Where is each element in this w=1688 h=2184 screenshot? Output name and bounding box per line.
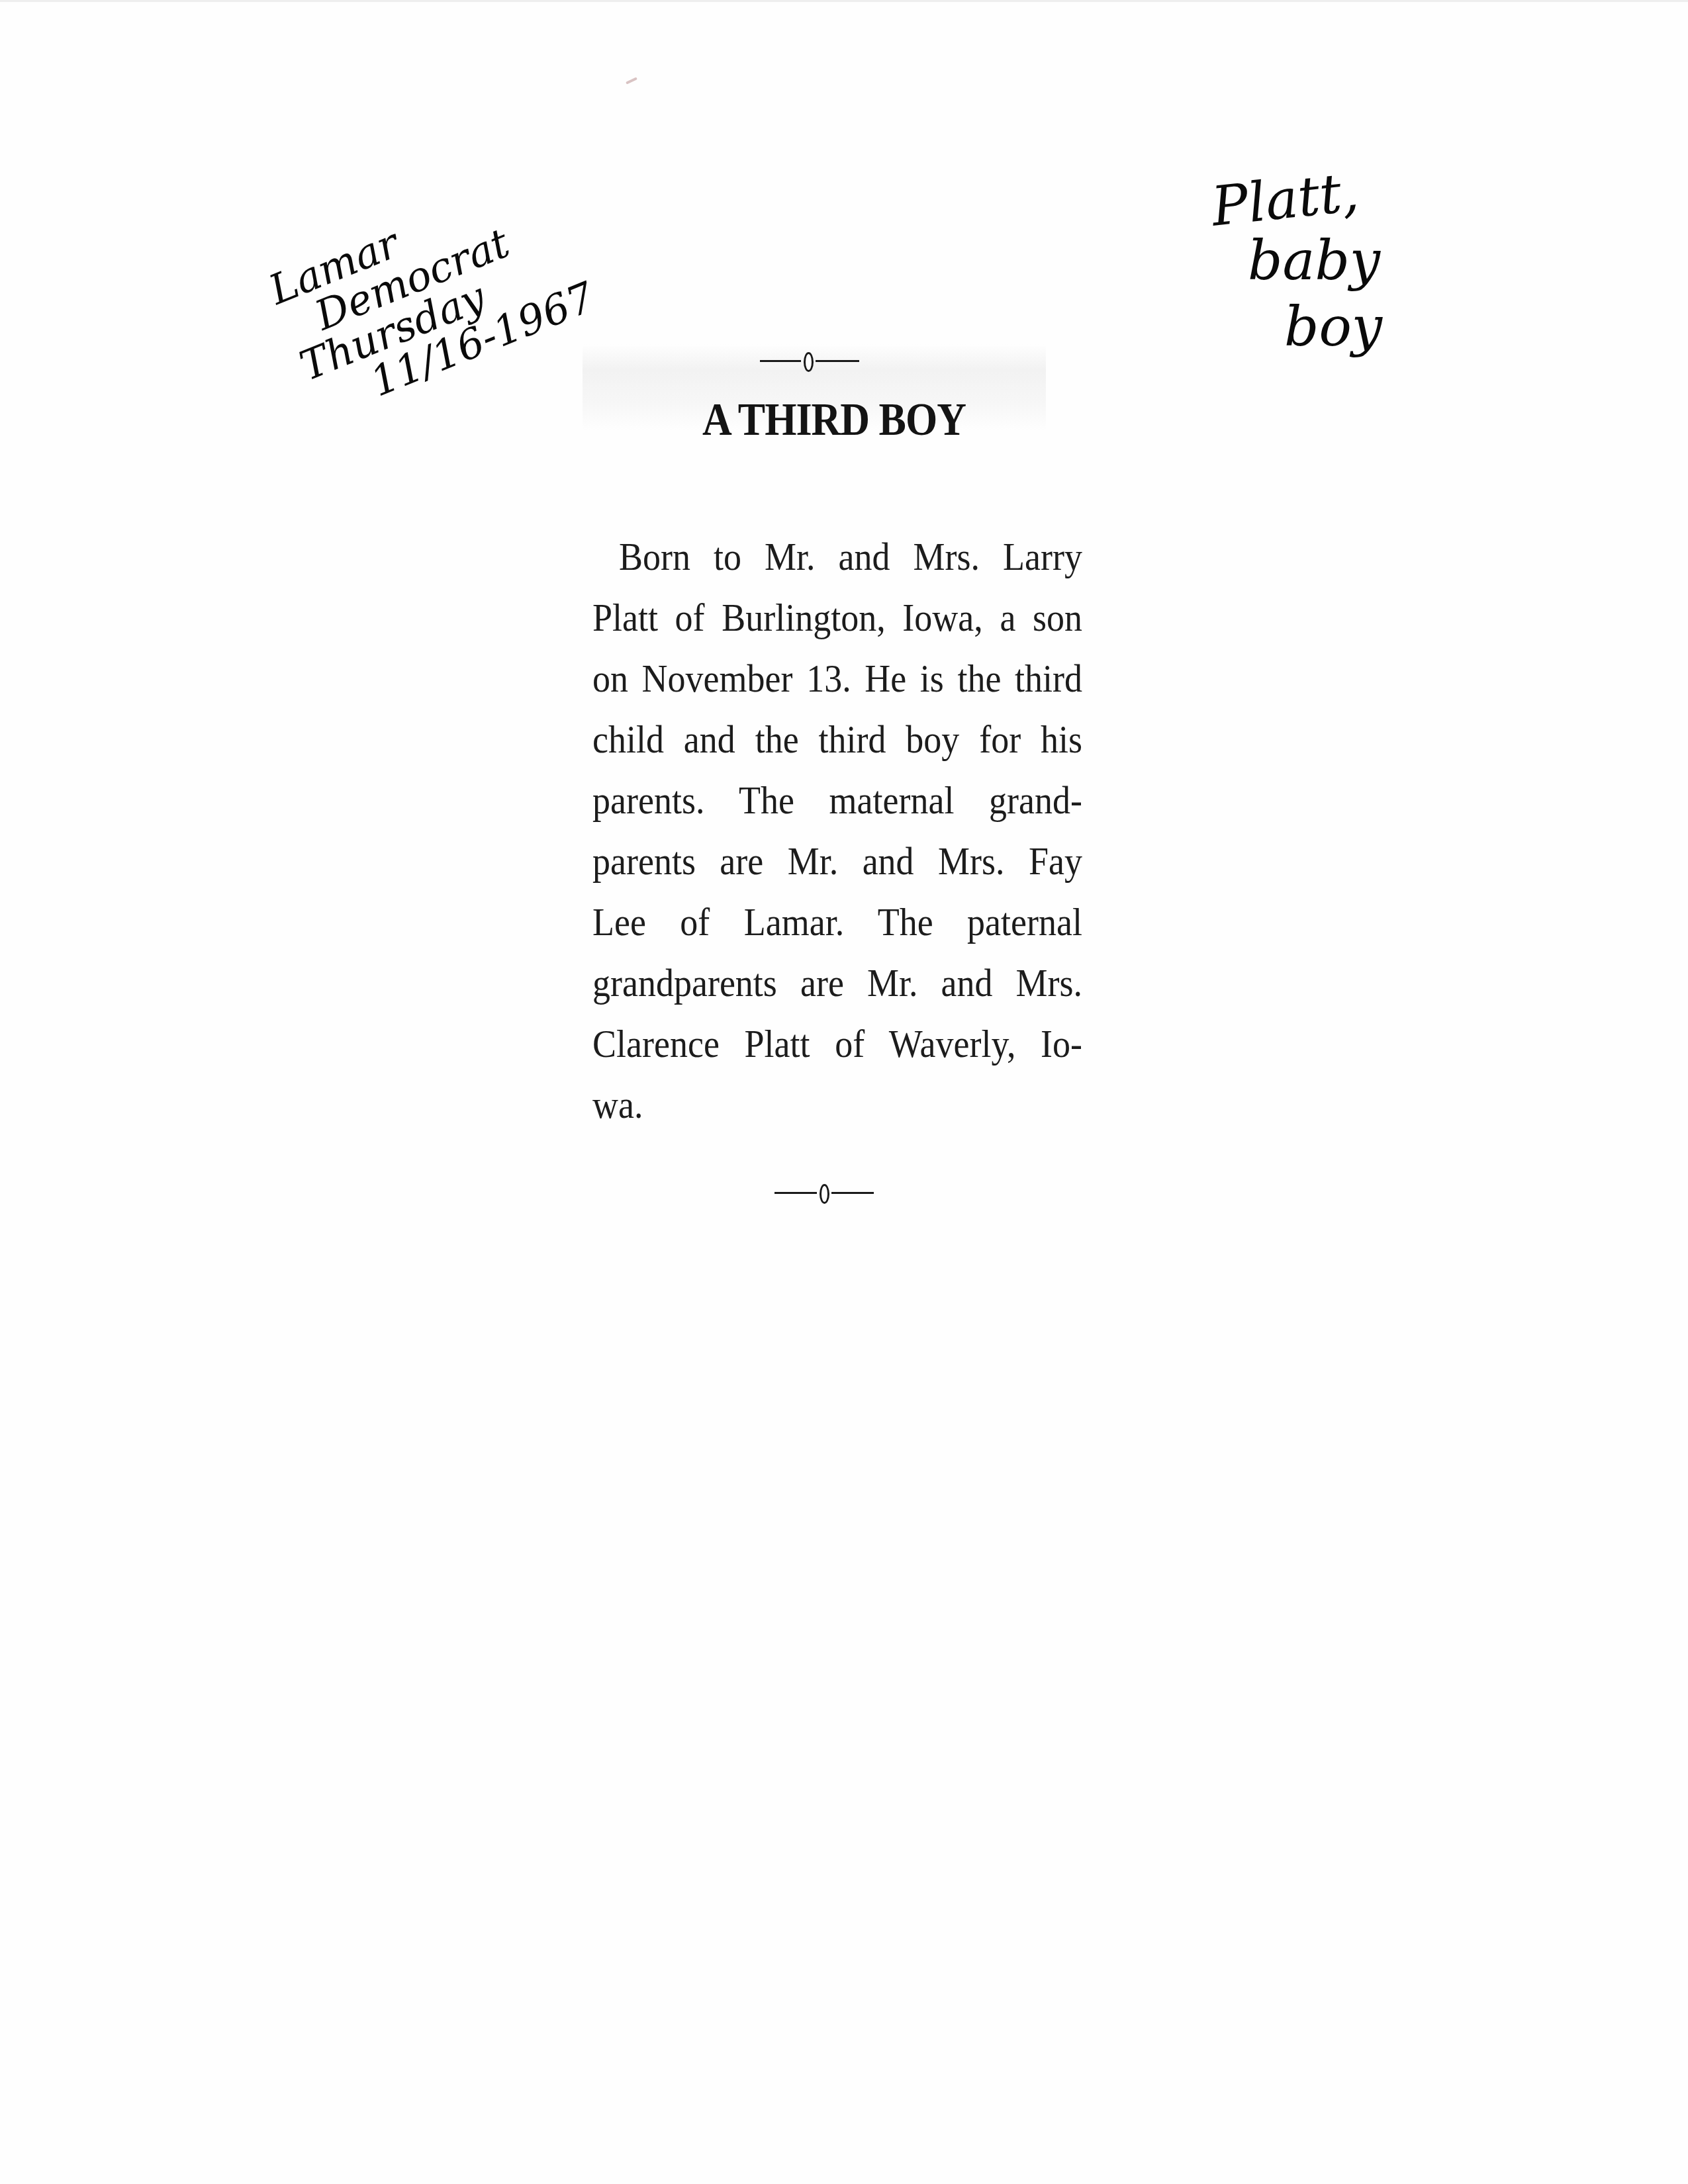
note-line: boy — [1284, 295, 1450, 361]
scan-edge — [0, 0, 1688, 2]
body-line: Clarence Platt of Waverly, Io- — [592, 1010, 1082, 1077]
rule-line — [831, 1192, 874, 1194]
note-line: baby — [1248, 228, 1450, 295]
separator-o-glyph — [820, 1184, 829, 1204]
separator-rule-bottom — [774, 1189, 874, 1196]
separator-o-glyph — [804, 352, 814, 372]
body-line: grandparents are Mr. and Mrs. — [592, 949, 1082, 1016]
body-line: parents are Mr. and Mrs. Fay — [592, 827, 1082, 894]
scan-speck — [626, 77, 637, 84]
body-line: on November 13. He is the third — [592, 645, 1082, 711]
body-line: wa. — [592, 1071, 1082, 1138]
body-line: Born to Mr. and Mrs. Larry — [592, 523, 1082, 590]
body-line: child and the third boy for his — [592, 705, 1082, 772]
body-line: Lee of Lamar. The paternal — [592, 888, 1082, 955]
rule-line — [760, 360, 801, 362]
body-line: parents. The maternal grand- — [592, 766, 1082, 833]
headline: A THIRD BOY — [662, 394, 1006, 447]
rule-line — [816, 360, 859, 362]
handwritten-subject-note: Platt, baby boy — [1211, 162, 1450, 361]
rule-line — [774, 1192, 817, 1194]
article-body: Born to Mr. and Mrs. Larry Platt of Burl… — [592, 526, 1082, 1135]
body-line: Platt of Burlington, Iowa, a son — [592, 584, 1082, 651]
note-line: Platt, — [1209, 150, 1452, 240]
handwritten-source-note: Lamar Democrat Thursday 11/16-1967 — [252, 149, 632, 430]
scanned-page: Lamar Democrat Thursday 11/16-1967 Platt… — [0, 0, 1688, 2184]
separator-rule-top — [760, 357, 859, 364]
